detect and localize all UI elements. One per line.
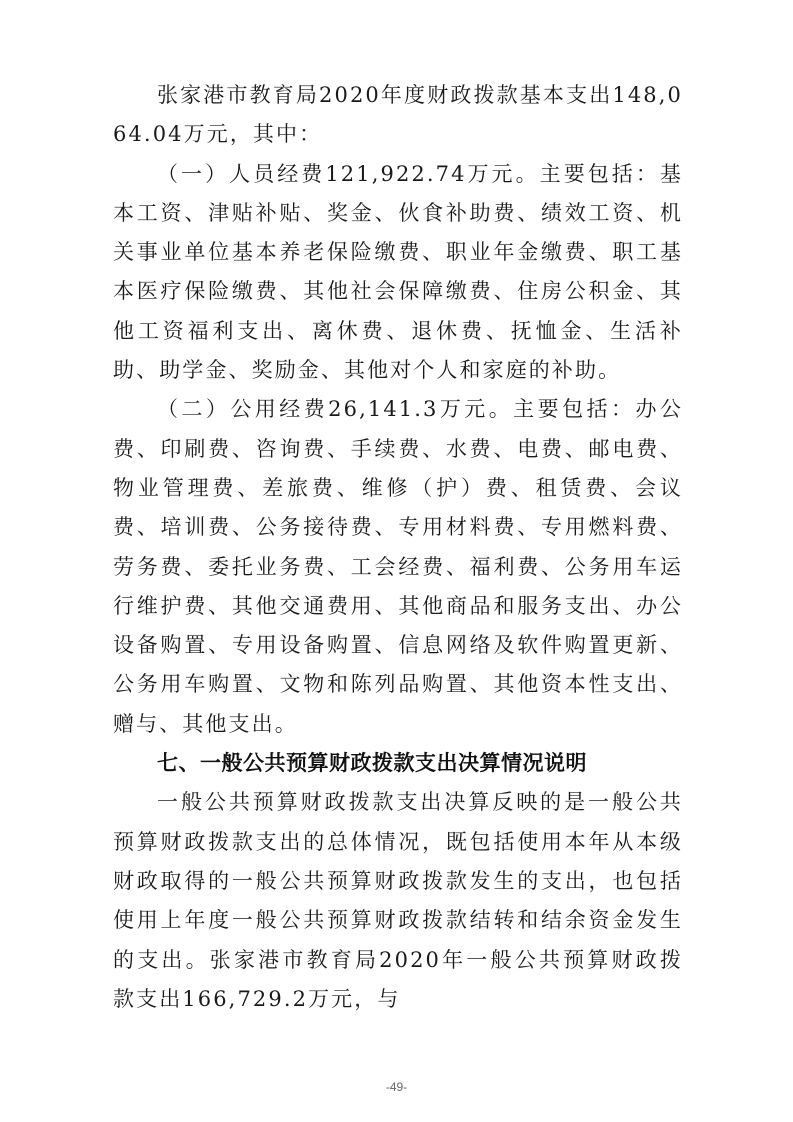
personnel-expenses-paragraph: （一）人员经费121,922.74万元。主要包括：基本工资、津贴补贴、奖金、伙食… (113, 155, 683, 391)
public-expenses-paragraph: （二）公用经费26,141.3万元。主要包括：办公费、印刷费、咨询费、手续费、水… (113, 390, 683, 744)
page-number: -49- (0, 1080, 793, 1094)
general-budget-explanation-paragraph: 一般公共预算财政拨款支出决算反映的是一般公共预算财政拨款支出的总体情况，既包括使… (113, 783, 683, 1019)
basic-expenditure-summary-paragraph: 张家港市教育局2020年度财政拨款基本支出148,064.04万元，其中： (113, 76, 683, 155)
document-page: 张家港市教育局2020年度财政拨款基本支出148,064.04万元，其中： （一… (113, 76, 683, 1019)
section-heading-general-budget: 七、一般公共预算财政拨款支出决算情况说明 (113, 744, 683, 783)
